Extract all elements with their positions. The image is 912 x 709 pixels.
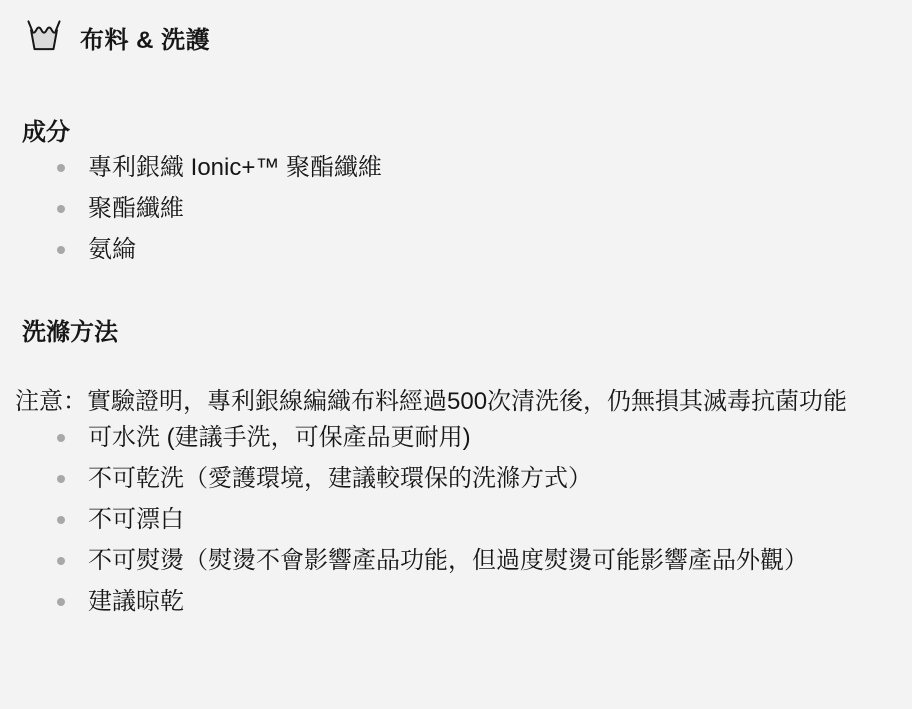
list-item: 聚酯纖維 [0, 188, 912, 229]
list-item-label: 不可熨燙（熨燙不會影響產品功能，但過度熨燙可能影響產品外觀） [88, 547, 808, 574]
ingredients-list: 專利銀織 Ionic+™ 聚酯纖維 聚酯纖維 氨綸 [0, 147, 912, 270]
care-note: 注意：實驗證明，專利銀線編織布料經過500次清洗後，仍無損其滅毒抗菌功能 [15, 386, 912, 417]
list-item: 建議晾乾 [0, 581, 912, 622]
care-heading: 洗滌方法 [22, 312, 912, 347]
list-item-label: 建議晾乾 [88, 588, 184, 615]
list-item: 氨綸 [0, 229, 912, 270]
list-item-label: 氨綸 [88, 236, 136, 263]
fabric-care-panel: 布料 & 洗護 成分 專利銀織 Ionic+™ 聚酯纖維 聚酯纖維 氨綸 洗滌方… [0, 18, 912, 622]
list-item-label: 專利銀織 Ionic+™ 聚酯纖維 [88, 154, 382, 181]
bullet-icon [57, 205, 65, 213]
bullet-icon [57, 557, 65, 565]
bullet-icon [57, 598, 65, 606]
section-header: 布料 & 洗護 [25, 18, 912, 56]
bullet-icon [57, 434, 65, 442]
bullet-icon [57, 164, 65, 172]
list-item: 專利銀織 Ionic+™ 聚酯纖維 [0, 147, 912, 188]
list-item: 可水洗 (建議手洗，可保產品更耐用) [0, 417, 912, 458]
ingredients-heading: 成分 [22, 112, 912, 147]
bullet-icon [57, 516, 65, 524]
list-item: 不可乾洗（愛護環境，建議較環保的洗滌方式） [0, 458, 912, 499]
list-item: 不可漂白 [0, 499, 912, 540]
wash-tub-icon [25, 19, 63, 55]
care-list: 可水洗 (建議手洗，可保產品更耐用) 不可乾洗（愛護環境，建議較環保的洗滌方式）… [0, 417, 912, 622]
list-item-label: 不可漂白 [88, 506, 184, 533]
list-item: 不可熨燙（熨燙不會影響產品功能，但過度熨燙可能影響產品外觀） [0, 540, 912, 581]
list-item-label: 不可乾洗（愛護環境，建議較環保的洗滌方式） [88, 465, 592, 492]
bullet-icon [57, 475, 65, 483]
list-item-label: 聚酯纖維 [88, 195, 184, 222]
list-item-label: 可水洗 (建議手洗，可保產品更耐用) [88, 424, 471, 451]
section-title: 布料 & 洗護 [80, 20, 210, 55]
bullet-icon [57, 246, 65, 254]
